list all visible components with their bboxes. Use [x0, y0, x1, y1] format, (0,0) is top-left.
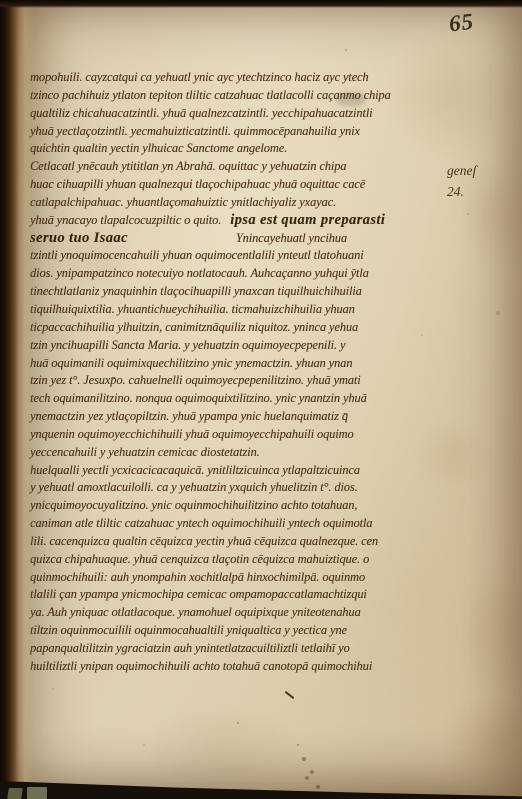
nahuatl-text: quizca chipahuaque. yhuā cenquizca tlaço… — [30, 552, 369, 566]
manuscript-line: huiltiliztli ynipan oquimochihuili achto… — [30, 658, 434, 676]
book-edge-band — [27, 787, 47, 799]
nahuatl-text: yeccencahuili y yehuatzin cemicac dioste… — [30, 445, 260, 459]
manuscript-line: mopohuili. cayzcatqui ca yehuatl ynic ay… — [30, 69, 434, 87]
manuscript-line: huā oquimanili oquimixquechilitzino ynic… — [30, 355, 434, 373]
manuscript-photo: 65 mopohuili. cayzcatqui ca yehuatl ynic… — [0, 0, 522, 799]
manuscript-line: quichtin qualtin yectin ylhuicac Sanctom… — [30, 140, 434, 158]
manuscript-line: quinmochihuili: auh ynompahin xochitlalp… — [30, 569, 434, 587]
manuscript-line: qualtiliz chicahuacatzintli. yhuā qualne… — [30, 105, 434, 123]
manuscript-line: tiquilhuiquixtilia. yhuantichueychihuili… — [30, 301, 434, 319]
gutter-bleed-marks — [0, 88, 6, 92]
nahuatl-text: caniman atle tliltic catzahuac yntech oq… — [30, 516, 372, 530]
nahuatl-text: mopohuili. cayzcatqui ca yehuatl ynic ay… — [30, 70, 369, 84]
manuscript-line: dios. ynipampatzinco notecuiyo notlatoca… — [30, 265, 434, 283]
manuscript-line: ticpaccachihuilia ylhuitzin, canimitznāq… — [30, 319, 434, 337]
nahuatl-text: tzinco pachihuiz ytlaton tepiton tliltic… — [30, 88, 391, 102]
manuscript-line: huelqualli yectli ycxicacicacaquicā. yni… — [30, 462, 434, 480]
nahuatl-text: huac cihuapilli yhuan qualnezqui tlaçoch… — [30, 177, 365, 191]
manuscript-line: quizca chipahuaque. yhuā cenquizca tlaço… — [30, 551, 434, 569]
manuscript-line: yeccencahuili y yehuatzin cemicac dioste… — [30, 444, 434, 462]
manuscript-line: tech oquimanilitzino. nonqua oquimoquixt… — [30, 390, 434, 408]
nahuatl-text: huiltiliztli ynipan oquimochihuili achto… — [30, 659, 372, 673]
nahuatl-text: dios. ynipampatzinco notecuiyo notlatoca… — [30, 266, 369, 280]
manuscript-line: tzinco pachihuiz ytlaton tepiton tliltic… — [30, 87, 434, 105]
manuscript-line: yhuā yectlaçotzintli. yecmahuizticatzint… — [30, 123, 434, 141]
margin-note-citation: geneſ 24. — [447, 160, 476, 202]
nahuatl-text: quinmochihuili: auh ynompahin xochitlalp… — [30, 570, 365, 584]
manuscript-line: tzin yncihuapilli Sancta Maria. y yehuat… — [30, 337, 434, 355]
paper-stain — [468, 548, 522, 718]
manuscript-line: tzintli ynoquimocencahuili yhuan oquimoc… — [30, 247, 434, 265]
margin-note-book: geneſ — [447, 160, 476, 181]
manuscript-line: tinechtlatlaniz ynaquinhin tlaçocihuapil… — [30, 283, 434, 301]
nahuatl-text: tinechtlatlaniz ynaquinhin tlaçocihuapil… — [30, 284, 362, 298]
manuscript-line: Cetlacatl ynēcauh ytititlan yn Abrahā. o… — [30, 158, 434, 176]
nahuatl-text: ya. Auh yniquac otlatlacoque. ynamohuel … — [30, 605, 361, 619]
manuscript-page: 65 mopohuili. cayzcatqui ca yehuatl ynic… — [0, 0, 522, 799]
nahuatl-text: ticpaccachihuilia ylhuitzin, canimitznāq… — [30, 320, 358, 334]
manuscript-line: ynicquimoyocuyalitzino. ynic oquinmochih… — [30, 497, 434, 515]
nahuatl-text: lili. cacenquizca qualtin cēquizca yecti… — [30, 534, 378, 548]
manuscript-line: ynemactzin yez ytlaçopiltzin. yhuā ypamp… — [30, 408, 434, 426]
manuscript-line: lili. cacenquizca qualtin cēquizca yecti… — [30, 533, 434, 551]
nahuatl-text: ynemactzin yez ytlaçopiltzin. yhuā ypamp… — [30, 409, 348, 423]
nahuatl-text: tzin yncihuapilli Sancta Maria. y yehuat… — [30, 338, 345, 352]
nahuatl-text: ynicquimoyocuyalitzino. ynic oquinmochih… — [30, 498, 357, 512]
text-block: mopohuili. cayzcatqui ca yehuatl ynic ay… — [30, 69, 434, 676]
nahuatl-text: tzin yez t°. Jesuxp̄o. cahuelnelli oquim… — [30, 373, 361, 387]
nahuatl-text: Cetlacatl ynēcauh ytititlan yn Abrahā. o… — [30, 159, 346, 173]
manuscript-line: huac cihuapilli yhuan qualnezqui tlaçoch… — [30, 176, 434, 194]
paper-stain — [120, 716, 320, 776]
folio-number: 65 — [448, 9, 476, 38]
nahuatl-text: catlapalchipahuac. yhuantlaçomahuiztic y… — [30, 195, 336, 209]
nahuatl-text: y yehuatl amoxtlacuilolli. ca y yehuatzi… — [30, 480, 358, 494]
manuscript-line: seruo tuo IsaacYnincayehuatl yncihua — [30, 230, 434, 248]
nahuatl-text: Ynincayehuatl yncihua — [236, 231, 347, 245]
nahuatl-text: ynquenin oquimoyecchichihuili yhuā oquim… — [30, 427, 354, 441]
nahuatl-text: yhuā ynacayo tlapalcocuzpiltic o quito. — [30, 213, 221, 227]
manuscript-line: catlapalchipahuac. yhuantlaçomahuiztic y… — [30, 194, 434, 212]
nahuatl-text: qualtiliz chicahuacatzintli. yhuā qualne… — [30, 106, 372, 120]
nahuatl-text: tiltzin oquinmocuilili oquinmocahualtili… — [30, 623, 347, 637]
nahuatl-text: quichtin qualtin yectin ylhuicac Sanctom… — [30, 141, 287, 155]
manuscript-line: y yehuatl amoxtlacuilolli. ca y yehuatzi… — [30, 479, 434, 497]
nahuatl-text: tzintli ynoquimocencahuili yhuan oquimoc… — [30, 248, 364, 262]
book-edge-band — [7, 788, 23, 799]
nahuatl-text: tlalili çan ypampa ynicmochipa cemicac o… — [30, 587, 367, 601]
manuscript-line: papanqualtilitzin ygraciatzin auh yninte… — [30, 640, 434, 658]
manuscript-line: ya. Auh yniquac otlatlacoque. ynamohuel … — [30, 604, 434, 622]
nahuatl-text: yhuā yectlaçotzintli. yecmahuizticatzint… — [30, 124, 360, 138]
nahuatl-text: tiquilhuiquixtilia. yhuantichueychihuili… — [30, 302, 355, 316]
manuscript-line: tzin yez t°. Jesuxp̄o. cahuelnelli oquim… — [30, 372, 434, 390]
latin-gloss-text: ipsa est quam preparasti — [230, 212, 385, 228]
nahuatl-text: huelqualli yectli ycxicacicacaquicā. yni… — [30, 463, 360, 477]
nahuatl-text: tech oquimanilitzino. nonqua oquimoquixt… — [30, 391, 367, 405]
margin-note-chapter: 24. — [447, 181, 476, 202]
manuscript-line: caniman atle tliltic catzahuac yntech oq… — [30, 515, 434, 533]
nahuatl-text: huā oquimanili oquimixquechilitzino ynic… — [30, 356, 352, 370]
pen-mark — [285, 691, 295, 699]
manuscript-line: tlalili çan ypampa ynicmochipa cemicac o… — [30, 586, 434, 604]
manuscript-line: ynquenin oquimoyecchichihuili yhuā oquim… — [30, 426, 434, 444]
manuscript-line: yhuā ynacayo tlapalcocuzpiltic o quito.i… — [30, 212, 434, 230]
paper-stain — [438, 696, 522, 792]
manuscript-line: tiltzin oquinmocuilili oquinmocahualtili… — [30, 622, 434, 640]
photo-top-edge — [0, 0, 522, 8]
latin-gloss-text: seruo tuo Isaac — [30, 230, 128, 246]
nahuatl-text: papanqualtilitzin ygraciatzin auh yninte… — [30, 641, 350, 655]
